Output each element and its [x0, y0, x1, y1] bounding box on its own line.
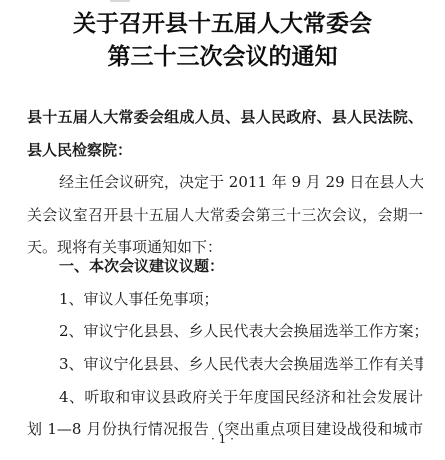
intro-line-2: 关会议室召开县十五届人大常委会第三十三次会议，会期一 — [27, 204, 423, 226]
intro-line-1: 经主任会议研究，决定于 2011 年 9 月 29 日在县人大机 — [59, 171, 423, 193]
agenda-item-1: 1、审议人事任免事项； — [59, 288, 423, 310]
document-title-line-2: 第三十三次会议的通知 — [0, 44, 445, 70]
agenda-item-3: 3、审议宁化县县、乡人民代表大会换届选举工作有关事项； — [59, 353, 423, 375]
section-heading: 一、本次会议建议议题： — [59, 255, 359, 277]
document-title-line-1: 关于召开县十五届人大常委会 — [0, 11, 445, 37]
addressee-line-2: 县人民检察院： — [27, 139, 423, 161]
agenda-item-2: 2、审议宁化县县、乡人民代表大会换届选举工作方案； — [59, 320, 423, 342]
agenda-item-4-line-1: 4、听取和审议县政府关于年度国民经济和社会发展计 — [59, 386, 423, 408]
addressee-line-1: 县十五届人大常委会组成人员、县人民政府、县人民法院、 — [27, 106, 423, 128]
scan-artifact — [110, 0, 130, 2]
page-number: · 1 · — [0, 431, 445, 447]
document-page: 关于召开县十五届人大常委会 第三十三次会议的通知 县十五届人大常委会组成人员、县… — [0, 0, 445, 460]
